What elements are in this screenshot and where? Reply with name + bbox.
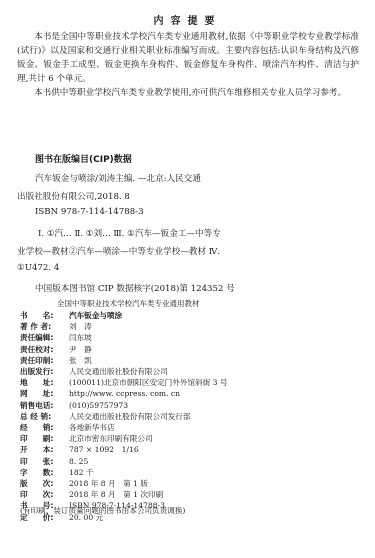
colophon-row: 著 作 者:刘 涛 [20,321,92,332]
cip-line-6: ①U472. 4 [17,263,59,273]
summary-title: 内容提要 [0,12,375,27]
colophon-label: 责任校对: [20,344,69,355]
colophon-label: 著 作 者: [20,321,69,332]
colophon-row: 印 刷:北京市密东印刷有限公司 [20,433,153,444]
colophon-value: (010)59757973 [69,401,128,410]
colophon-row: 版 次:2018 年 8 月 第 1 版 [20,478,148,489]
cip-line-1: 汽车钣金与喷涂/刘涛主编. —北京:人民交通 [35,172,201,184]
series-title: 全国中等职业技术学校汽车类专业通用教材 [57,298,200,309]
cip-line-5: 业学校—教材②汽车—喷涂—中等专业学校—教材 Ⅳ. [17,245,220,257]
colophon-label: 开 本: [20,444,69,455]
colophon-value: 张 凯 [69,356,92,365]
cip-line-2: 出版社股份有限公司,2018. 8 [17,190,130,202]
cip-line-7: 中国版本图书馆 CIP 数据核字(2018)第 124352 号 [35,282,235,294]
colophon-value: 闫东坡 [69,333,92,342]
cip-heading: 图书在版编目(CIP)数据 [35,152,132,165]
colophon-value: 2018 年 8 月 第 1 版 [69,479,148,488]
colophon-label: 印 张: [20,456,69,467]
colophon-row: 销售电话:(010)59757973 [20,400,128,411]
colophon-label: 字 数: [20,467,69,478]
summary-body: 本书是全国中等职业技术学校汽车类专业通用教材,依据《中等职业学校专业教学标准(试… [17,30,359,100]
colophon-row: 地 址:(100011)北京市朝阳区安定门外外馆斜街 3 号 [20,377,227,388]
colophon-label: 印 次: [20,489,69,500]
colophon-row: 责任编辑:闫东坡 [20,332,92,343]
colophon-value: 汽车钣金与喷涂 [69,311,122,320]
colophon-label: 网 址: [20,388,69,399]
colophon-label: 印 刷: [20,433,69,444]
colophon-row: 经 销:各地新华书店 [20,422,115,433]
colophon-label: 书 名: [20,310,69,321]
cip-line-3: ISBN 978-7-114-14788-3 [35,207,144,217]
colophon-label: 总 经 销: [20,411,69,422]
colophon-label: 地 址: [20,377,69,388]
colophon-value: 人民交通出版社股份有限公司发行部 [69,412,191,421]
colophon-label: 责任编辑: [20,332,69,343]
colophon-value: 刘 涛 [69,322,92,331]
colophon-label: 责任印制: [20,355,69,366]
colophon-row: 出版发行:人民交通出版社股份有限公司 [20,366,168,377]
quality-note: (有印刷、装订质量问题的图书由本公司负责调换) [20,505,185,516]
colophon-value: 8. 25 [69,457,88,466]
colophon-row: 责任印制:张 凯 [20,355,92,366]
colophon-value: 787 × 1092 1/16 [69,445,139,454]
colophon-row: 责任校对:尹 静 [20,344,92,355]
colophon-label: 版 次: [20,478,69,489]
colophon-value: 北京市密东印刷有限公司 [69,434,153,443]
colophon-value: 人民交通出版社股份有限公司 [69,367,168,376]
colophon-row: 印 张:8. 25 [20,456,88,467]
summary-paragraph-1: 本书是全国中等职业技术学校汽车类专业通用教材,依据《中等职业学校专业教学标准(试… [17,30,359,86]
colophon-value: http://www. ccpress. com. cn [69,389,180,398]
cip-line-4: Ⅰ. ①汽… Ⅱ. ①刘… Ⅲ. ①汽车—钣金工—中等专 [38,227,221,239]
colophon-label: 销售电话: [20,400,69,411]
colophon-row: 网 址:http://www. ccpress. com. cn [20,388,180,399]
colophon-row: 书 名:汽车钣金与喷涂 [20,310,122,321]
colophon-row: 字 数:182 千 [20,467,94,478]
summary-paragraph-2: 本书供中等职业学校汽车类专业教学使用,亦可供汽车维修相关专业人员学习参考。 [17,86,359,100]
colophon-value: 尹 静 [69,345,92,354]
colophon-row: 总 经 销:人民交通出版社股份有限公司发行部 [20,411,191,422]
colophon-value: 各地新华书店 [69,423,115,432]
colophon-value: 2018 年 8 月 第 1 次印刷 [69,490,163,499]
colophon-label: 经 销: [20,422,69,433]
colophon-label: 出版发行: [20,366,69,377]
colophon-row: 开 本:787 × 1092 1/16 [20,444,139,455]
colophon-row: 印 次:2018 年 8 月 第 1 次印刷 [20,489,163,500]
colophon-value: 182 千 [69,468,94,477]
colophon-value: (100011)北京市朝阳区安定门外外馆斜街 3 号 [69,378,227,387]
